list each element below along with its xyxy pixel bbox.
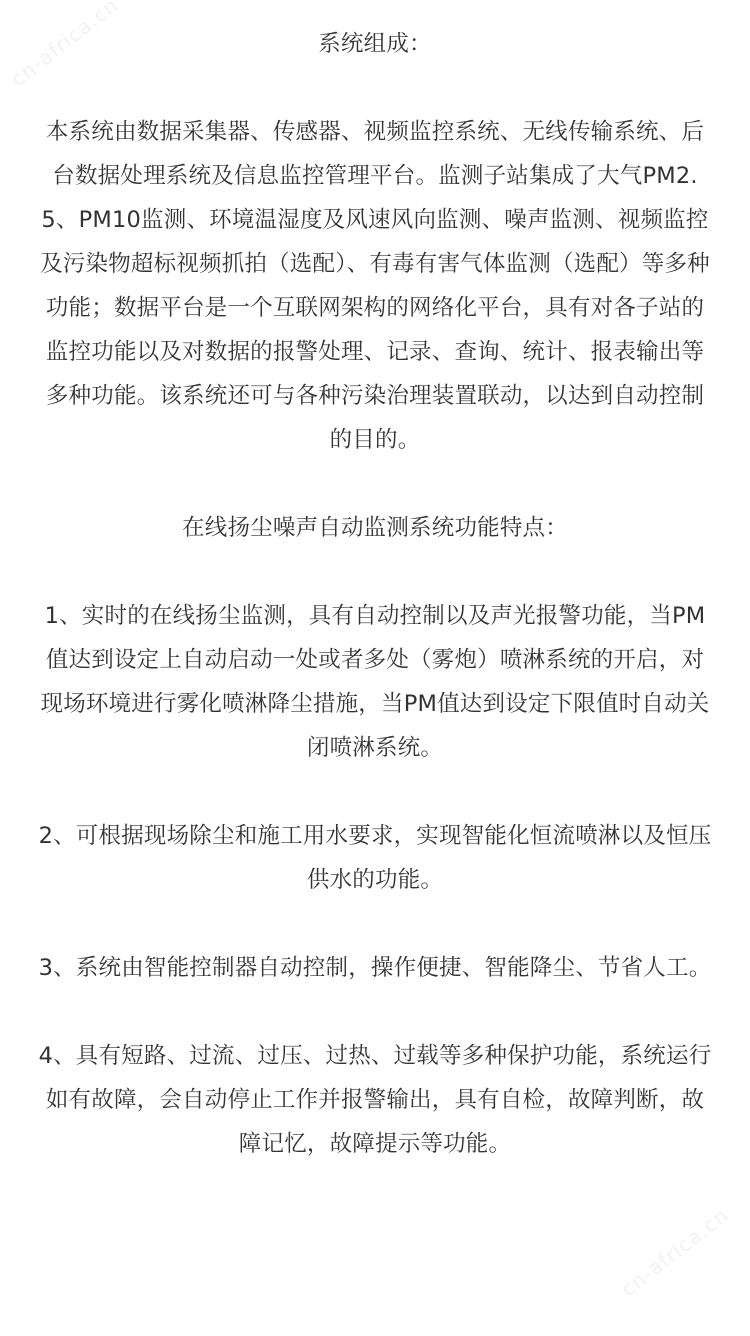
feature-item-2: 2、可根据现场除尘和施工用水要求，实现智能化恒流喷淋以及恒压供水的功能。 bbox=[36, 814, 714, 902]
section-heading-composition: 系统组成： bbox=[36, 22, 714, 66]
article-content: 系统组成： 本系统由数据采集器、传感器、视频监控系统、无线传输系统、后台数据处理… bbox=[0, 0, 750, 1210]
feature-item-1: 1、实时的在线扬尘监测，具有自动控制以及声光报警功能，当PM值达到设定上自动启动… bbox=[36, 594, 714, 770]
feature-item-4: 4、具有短路、过流、过压、过热、过载等多种保护功能，系统运行如有故障，会自动停止… bbox=[36, 1034, 714, 1166]
feature-item-3: 3、系统由智能控制器自动控制，操作便捷、智能降尘、节省人工。 bbox=[36, 946, 714, 990]
section-heading-features: 在线扬尘噪声自动监测系统功能特点： bbox=[36, 506, 714, 550]
watermark-bottom: cn-africa.cn bbox=[616, 1203, 733, 1301]
composition-paragraph: 本系统由数据采集器、传感器、视频监控系统、无线传输系统、后台数据处理系统及信息监… bbox=[36, 110, 714, 462]
